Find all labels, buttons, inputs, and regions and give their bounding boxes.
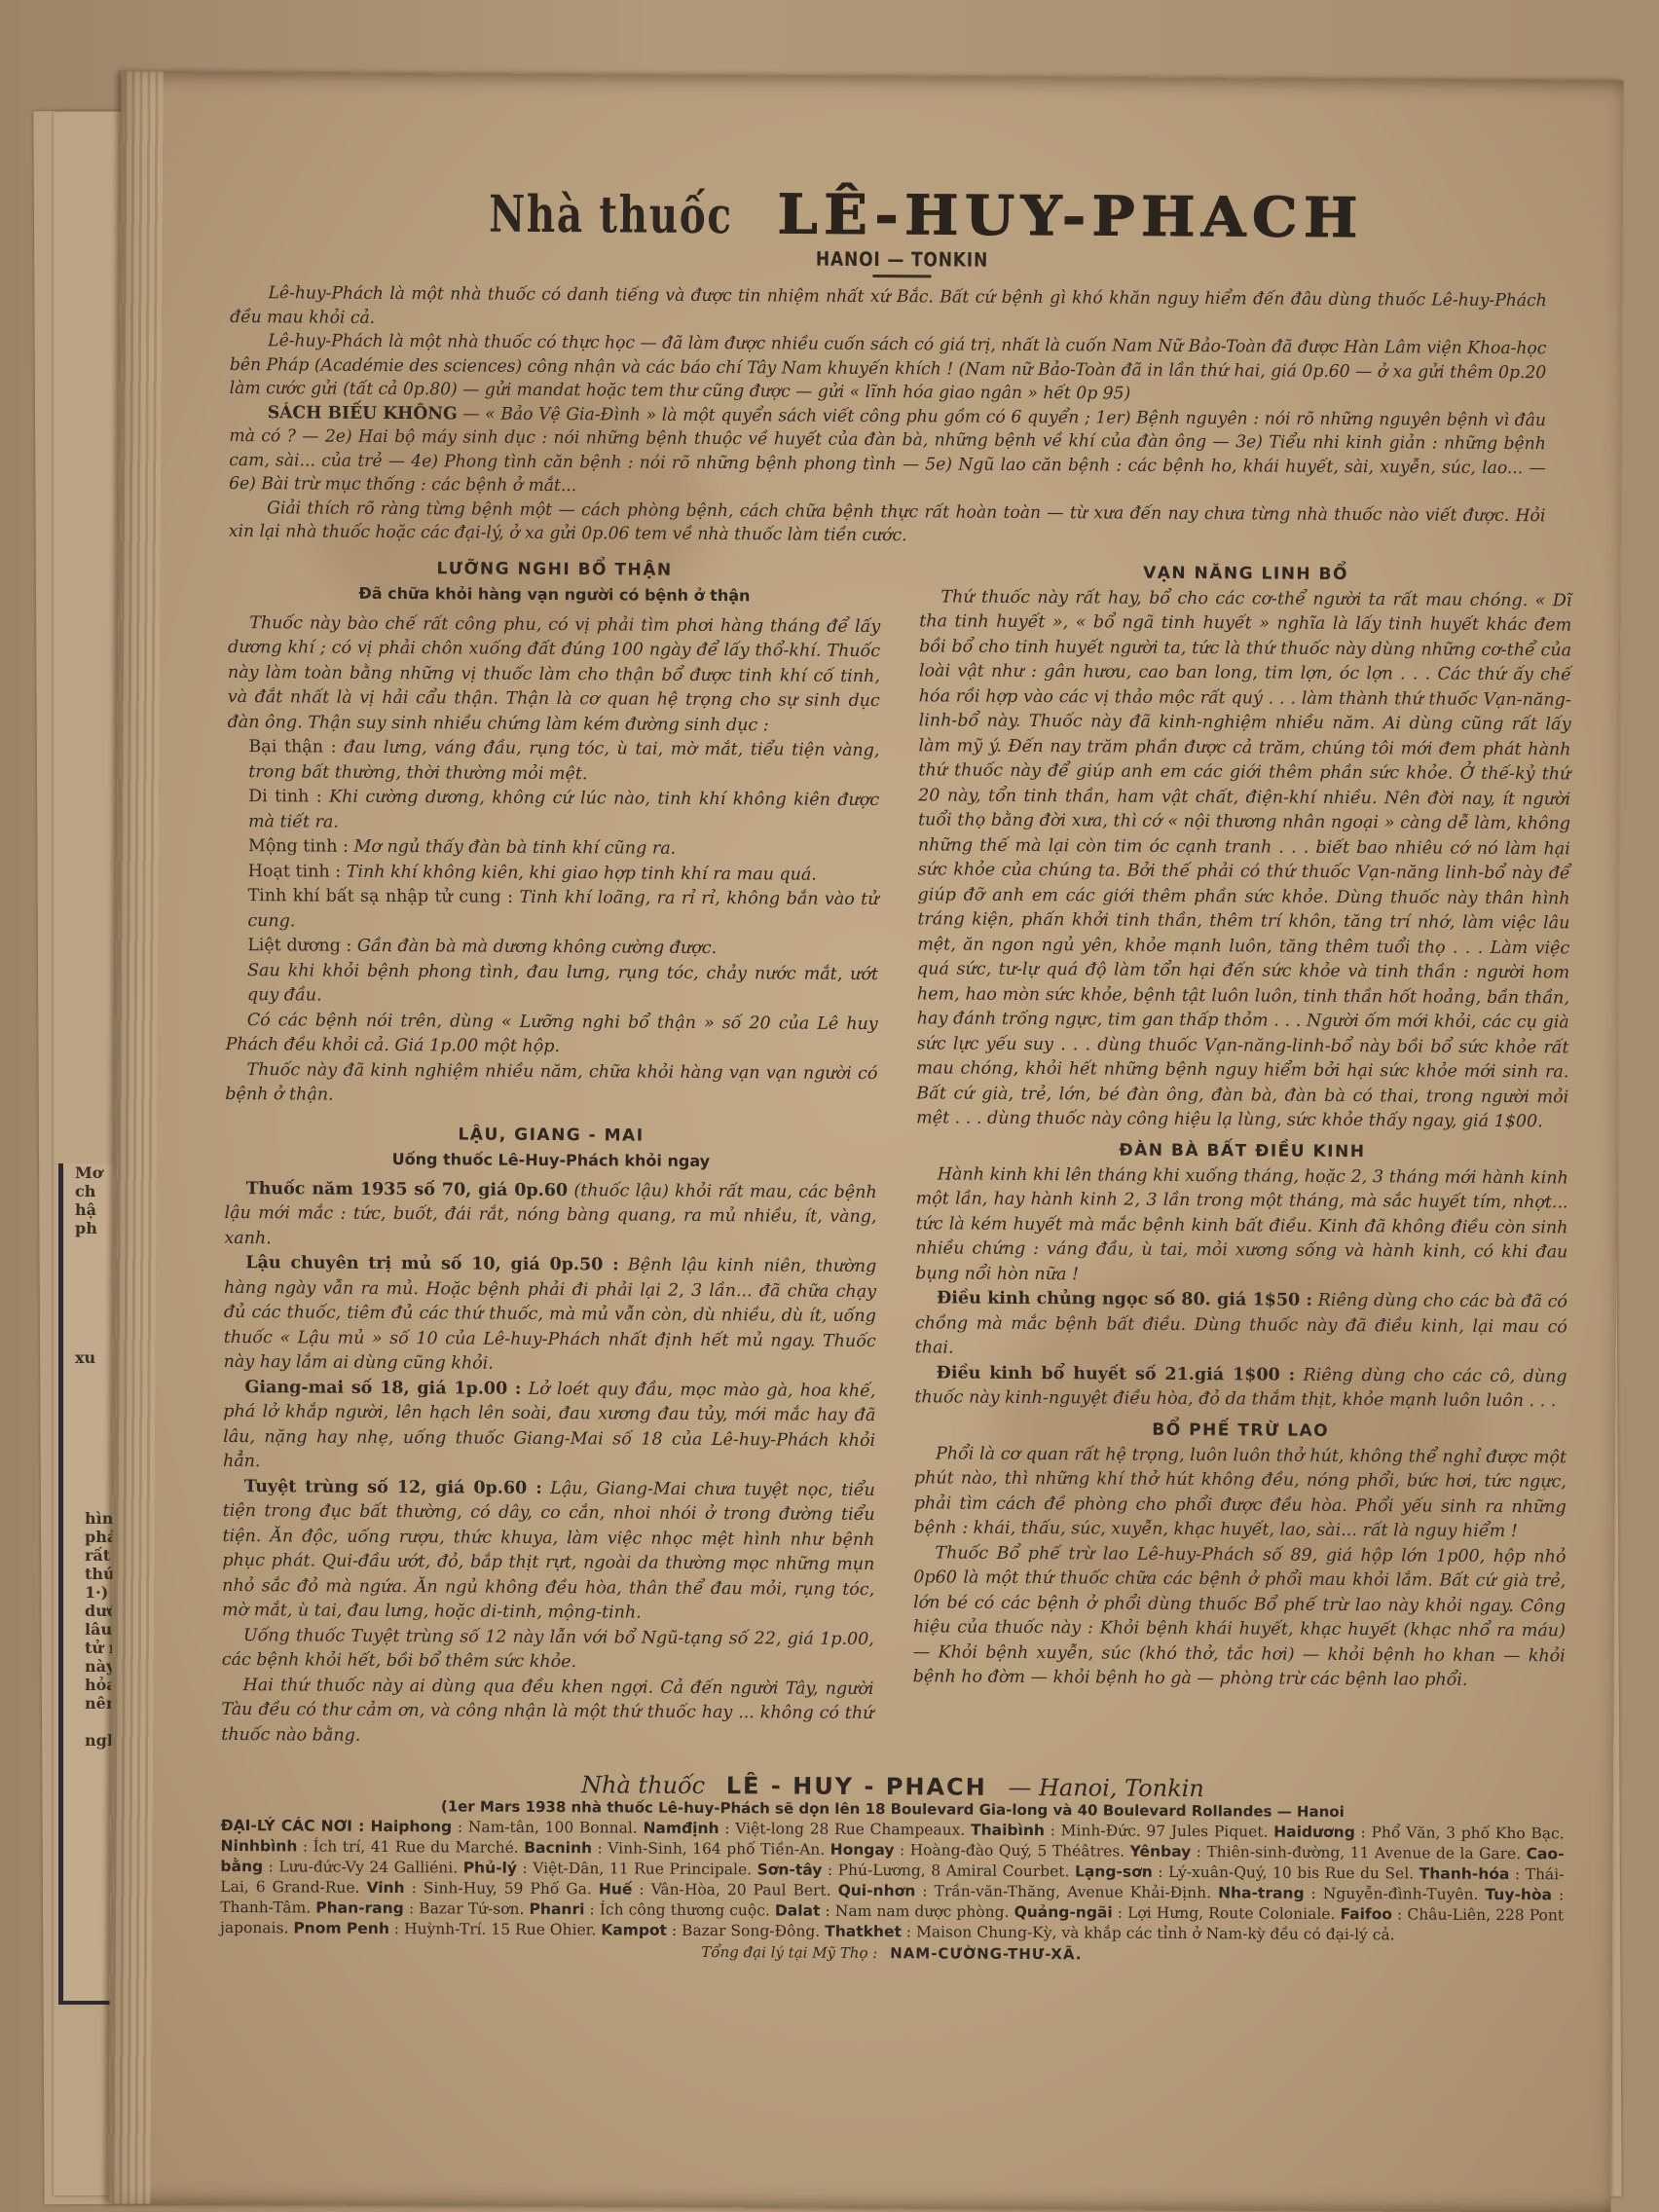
- agent-info: : Thiên-sinh-đường, 11 Avenue de la Gare…: [1191, 1843, 1526, 1862]
- symptom-list: Bại thận : đau lưng, váng đầu, rụng tóc,…: [226, 735, 880, 1013]
- agent-info: : Bazar Tứ-sơn.: [404, 1899, 530, 1918]
- symptom-item: Sau khi khỏi bệnh phong tình, đau lưng, …: [226, 958, 878, 1012]
- symptom-description: Sau khi khỏi bệnh phong tình, đau lưng, …: [247, 961, 878, 1006]
- section-body: Phổi là cơ quan rất hệ trọng, luôn luôn …: [913, 1442, 1567, 1545]
- product-name-price: Điều kinh bổ huyết số 21.giá 1$00 :: [936, 1363, 1295, 1384]
- agent-info: : Việt-Dân, 11 Rue Principale.: [517, 1860, 757, 1879]
- symptom-description: Khi cường dương, không cứ lúc nào, tinh …: [248, 788, 879, 832]
- agent-info: : Nam-tân, 100 Bonnal.: [452, 1818, 643, 1836]
- product-description: Lậu, Giang-Mai chưa tuyệt nọc, tiểu tiện…: [222, 1478, 875, 1622]
- section-body: Thuốc Bổ phế trừ lao Lê-huy-Phách số 89,…: [913, 1541, 1567, 1694]
- agent-info: : Lưu-đức-Vy 24 Galliéni.: [263, 1858, 463, 1876]
- symptom-term: Tinh khí bất sạ nhập tử cung :: [247, 886, 519, 907]
- agent-city: Thaibình: [971, 1822, 1045, 1839]
- agent-info: : Minh-Đức. 97 Jules Piquet.: [1045, 1822, 1273, 1840]
- agent-city: Pnom Penh: [293, 1919, 389, 1937]
- symptom-term: Liệt dương :: [247, 936, 357, 956]
- agent-city: Namđịnh: [643, 1820, 719, 1837]
- product-item: Tuyệt trùng số 12, giá 0p.60 : Lậu, Gian…: [222, 1474, 875, 1627]
- agent-list: ĐẠI-LÝ CÁC NƠI : Haiphong : Nam-tân, 100…: [220, 1816, 1565, 1946]
- masthead-prefix: Nhà thuốc: [489, 185, 733, 246]
- newspaper-page: Nhà thuốc LÊ-HUY-PHACH HANOI — TONKIN Lê…: [108, 71, 1623, 2212]
- edge-line: ph: [75, 1219, 102, 1237]
- footer: Nhà thuốc LÊ - HUY - PHACH — Hanoi, Tonk…: [220, 1769, 1565, 1966]
- symptom-item: Mộng tinh : Mơ ngủ thấy đàn bà tinh khí …: [227, 834, 879, 864]
- agent-city: Huế: [599, 1880, 633, 1898]
- product-item: Giang-mai số 18, giá 1p.00 : Lở loét quy…: [223, 1375, 876, 1478]
- agent-info: : Huỳnh-Trí. 15 Rue Ohier.: [389, 1920, 601, 1938]
- intro-paragraph: Lê-huy-Phách là một nhà thuốc có thực họ…: [230, 329, 1547, 409]
- section-body: Thuốc này bào chế rất công phu, có vị ph…: [228, 610, 881, 739]
- agent-info: : Lý-xuân-Quý, 10 bis Rue du Sel.: [1153, 1863, 1419, 1883]
- agent-city: Quảng-ngãi: [1014, 1903, 1113, 1922]
- section-body: Hành kinh khi lên tháng khi xuống tháng,…: [915, 1162, 1568, 1291]
- edge-line: [75, 1330, 102, 1348]
- agent-info: : Vân-Hòa, 20 Paul Bert.: [632, 1881, 837, 1899]
- agent-city: Lạng-sơn: [1075, 1862, 1153, 1880]
- product-item: Điều kinh chủng ngọc số 80. giá 1$50 : R…: [915, 1286, 1567, 1365]
- edge-line: xu: [75, 1348, 102, 1367]
- product-name-price: Thuốc năm 1935 số 70, giá 0p.60: [246, 1179, 569, 1200]
- symptom-item: Liệt dương : Gần đàn bà mà dương không c…: [226, 934, 878, 963]
- intro-paragraph: Lê-huy-Phách là một nhà thuốc có danh ti…: [230, 281, 1547, 337]
- symptom-item: Bại thận : đau lưng, váng đầu, rụng tóc,…: [227, 735, 879, 789]
- section-body: Thuốc này đã kinh nghiệm nhiều năm, chữa…: [225, 1057, 877, 1111]
- agent-city: Dalat: [775, 1901, 821, 1919]
- agent-city: Bacninh: [524, 1839, 592, 1857]
- product-name-price: Điều kinh chủng ngọc số 80. giá 1$50 :: [937, 1288, 1312, 1309]
- agent-info: : Phổ Văn, 3 phố Kho Bạc.: [1355, 1824, 1565, 1842]
- product-name-price: Lậu chuyên trị mủ số 10, giá 0p.50 :: [245, 1253, 618, 1274]
- agent-city: Phủ-lý: [463, 1859, 517, 1876]
- free-book-label: SÁCH BIẾU KHÔNG: [268, 403, 458, 424]
- agent-city: Phan-rang: [315, 1899, 404, 1918]
- footer-brand: LÊ - HUY - PHACH: [726, 1772, 987, 1801]
- product-description: Hai thứ thuốc này ai dùng qua đều khen n…: [221, 1676, 873, 1746]
- edge-line: [75, 1293, 102, 1311]
- edge-line: [75, 1274, 102, 1293]
- agent-info: : Sinh-Huy, 59 Phố Ga.: [405, 1879, 599, 1898]
- agent-city: Ninhbình: [221, 1837, 298, 1855]
- product-name-price: Giang-mai số 18, giá 1p.00 :: [244, 1378, 521, 1399]
- product-name-price: Tuyệt trùng số 12, giá 0p.60 :: [244, 1477, 542, 1498]
- agent-info: : Hoàng-đào Quý, 5 Théâtres.: [894, 1841, 1129, 1860]
- section-body: Thứ thuốc này rất hay, bổ cho các cơ-thể…: [916, 585, 1571, 1135]
- agents-label: ĐẠI-LÝ CÁC NƠI :: [221, 1817, 371, 1835]
- symptom-term: Mộng tinh :: [248, 836, 354, 857]
- agent-info: : Bazar Song-Đông.: [667, 1922, 825, 1940]
- section-body: Có các bệnh nói trên, dùng « Lưỡng nghi …: [226, 1008, 878, 1061]
- symptom-term: Hoạt tinh :: [248, 862, 347, 882]
- masthead: Nhà thuốc LÊ-HUY-PHACH HANOI — TONKIN: [230, 179, 1574, 281]
- symptom-description: Mơ ngủ thấy đàn bà tinh khí cũng ra.: [353, 837, 676, 859]
- advertisement: Nhà thuốc LÊ-HUY-PHACH HANOI — TONKIN Lê…: [220, 179, 1574, 1966]
- agent-city: Phanri: [530, 1900, 585, 1918]
- symptom-item: Tinh khí bất sạ nhập tử cung : Tinh khí …: [226, 884, 878, 938]
- section-subtitle: Đã chữa khỏi hàng vạn người có bệnh ở th…: [228, 582, 880, 605]
- edge-line: [75, 1237, 102, 1256]
- masthead-brand: LÊ-HUY-PHACH: [778, 182, 1365, 250]
- agent-info: : Vinh-Sinh, 164 phố Tiền-An.: [592, 1839, 830, 1858]
- symptom-description: Gần đàn bà mà dương không cường được.: [357, 937, 717, 958]
- left-column: LƯỠNG NGHI BỔ THẬN Đã chữa khỏi hàng vạn…: [221, 549, 881, 1751]
- symptom-term: Di tinh :: [248, 787, 329, 807]
- agent-city: Hongay: [830, 1841, 895, 1859]
- agent-city: Sơn-tây: [757, 1861, 823, 1878]
- intro-paragraph: Giải thích rõ ràng từng bệnh một — cách …: [229, 496, 1546, 551]
- agent-info: : Ích công thương cuộc.: [584, 1900, 775, 1919]
- agent-city: Vinh: [366, 1879, 404, 1897]
- agent-city: Tuy-hòa: [1485, 1886, 1552, 1903]
- section-title: LƯỠNG NGHI BỔ THẬN: [229, 557, 881, 580]
- edge-text-fragment-upper: Mơchhậph xu: [75, 1163, 102, 1367]
- agent-info: : Nam nam dược phòng.: [820, 1902, 1014, 1921]
- agent-info: : Maison Chung-Kỳ, và khắp các tỉnh ở Na…: [902, 1923, 1395, 1943]
- section-title: ĐÀN BÀ BẤT ĐIỀU KINH: [916, 1139, 1568, 1162]
- edge-line: [75, 1256, 102, 1274]
- product-item: Thuốc năm 1935 số 70, giá 0p.60 (thuốc l…: [224, 1176, 876, 1255]
- page-edge: [111, 71, 163, 2203]
- intro-section: Lê-huy-Phách là một nhà thuốc có danh ti…: [229, 281, 1574, 552]
- edge-line: Mơ: [75, 1163, 102, 1182]
- product-list: Điều kinh chủng ngọc số 80. giá 1$50 : R…: [914, 1286, 1567, 1415]
- symptom-item: Di tinh : Khi cường dương, không cứ lúc …: [227, 785, 879, 838]
- agent-city: Thatkhet: [825, 1923, 902, 1940]
- edge-line: [75, 1311, 102, 1330]
- section-title: BỔ PHẾ TRỪ LAO: [914, 1419, 1567, 1442]
- agent-city: Thanh-hóa: [1419, 1864, 1510, 1883]
- agent-city: Nha-trang: [1218, 1884, 1305, 1902]
- two-column-body: LƯỠNG NGHI BỔ THẬN Đã chữa khỏi hàng vạn…: [221, 549, 1571, 1755]
- product-item: Uống thuốc Tuyệt trùng số 12 này lẫn với…: [222, 1623, 874, 1677]
- intro-paragraph: SÁCH BIẾU KHÔNG — « Bảo Vệ Gia-Đình » là…: [229, 400, 1546, 503]
- product-item: Điều kinh bổ huyết số 21.giá 1$00 : Riên…: [914, 1361, 1567, 1415]
- symptom-description: đau lưng, váng đầu, rụng tóc, ù tai, mờ …: [248, 738, 879, 784]
- agent-info: : Phú-Lương, 8 Amiral Courbet.: [822, 1862, 1075, 1881]
- edge-line: ch: [75, 1182, 102, 1200]
- agent-info: : Lợi Hưng, Route Coloniale.: [1113, 1904, 1341, 1923]
- section-title: LẬU, GIANG - MAI: [225, 1123, 877, 1146]
- product-description: Uống thuốc Tuyệt trùng số 12 này lẫn với…: [222, 1626, 874, 1673]
- agent-info: : Việt-long 28 Rue Champeaux.: [719, 1820, 971, 1839]
- agent-info: : Nguyễn-đình-Tuyên.: [1305, 1885, 1486, 1903]
- product-item: Lậu chuyên trị mủ số 10, giá 0p.50 : Bện…: [224, 1251, 877, 1380]
- agent-city: Haiphong: [370, 1818, 452, 1836]
- agent-city: Haidương: [1273, 1824, 1355, 1842]
- agent-city: Qui-nhơn: [838, 1882, 916, 1899]
- product-item: Hai thứ thuốc này ai dùng qua đều khen n…: [221, 1673, 873, 1751]
- section-subtitle: Uống thuốc Lê-Huy-Phách khỏi ngay: [225, 1148, 877, 1170]
- divider: [872, 275, 931, 277]
- section-title: VẠN NĂNG LINH BỔ: [920, 562, 1572, 585]
- product-list: Thuốc năm 1935 số 70, giá 0p.60 (thuốc l…: [221, 1176, 877, 1751]
- agent-info: : Trần-văn-Thăng, Avenue Khải-Định.: [915, 1882, 1218, 1901]
- edge-line: hậ: [75, 1200, 102, 1219]
- right-column: VẠN NĂNG LINH BỔ Thứ thuốc này rất hay, …: [912, 554, 1572, 1756]
- agent-city: Kampot: [601, 1921, 667, 1938]
- agent-city: Faifoo: [1340, 1905, 1392, 1923]
- symptom-term: Bại thận :: [248, 737, 344, 757]
- agent-info: : Ích trí, 41 Rue du Marché.: [297, 1837, 524, 1856]
- symptom-description: Tinh khí không kiên, khi giao hợp tinh k…: [347, 862, 817, 884]
- agent-city: Yênbay: [1130, 1843, 1192, 1861]
